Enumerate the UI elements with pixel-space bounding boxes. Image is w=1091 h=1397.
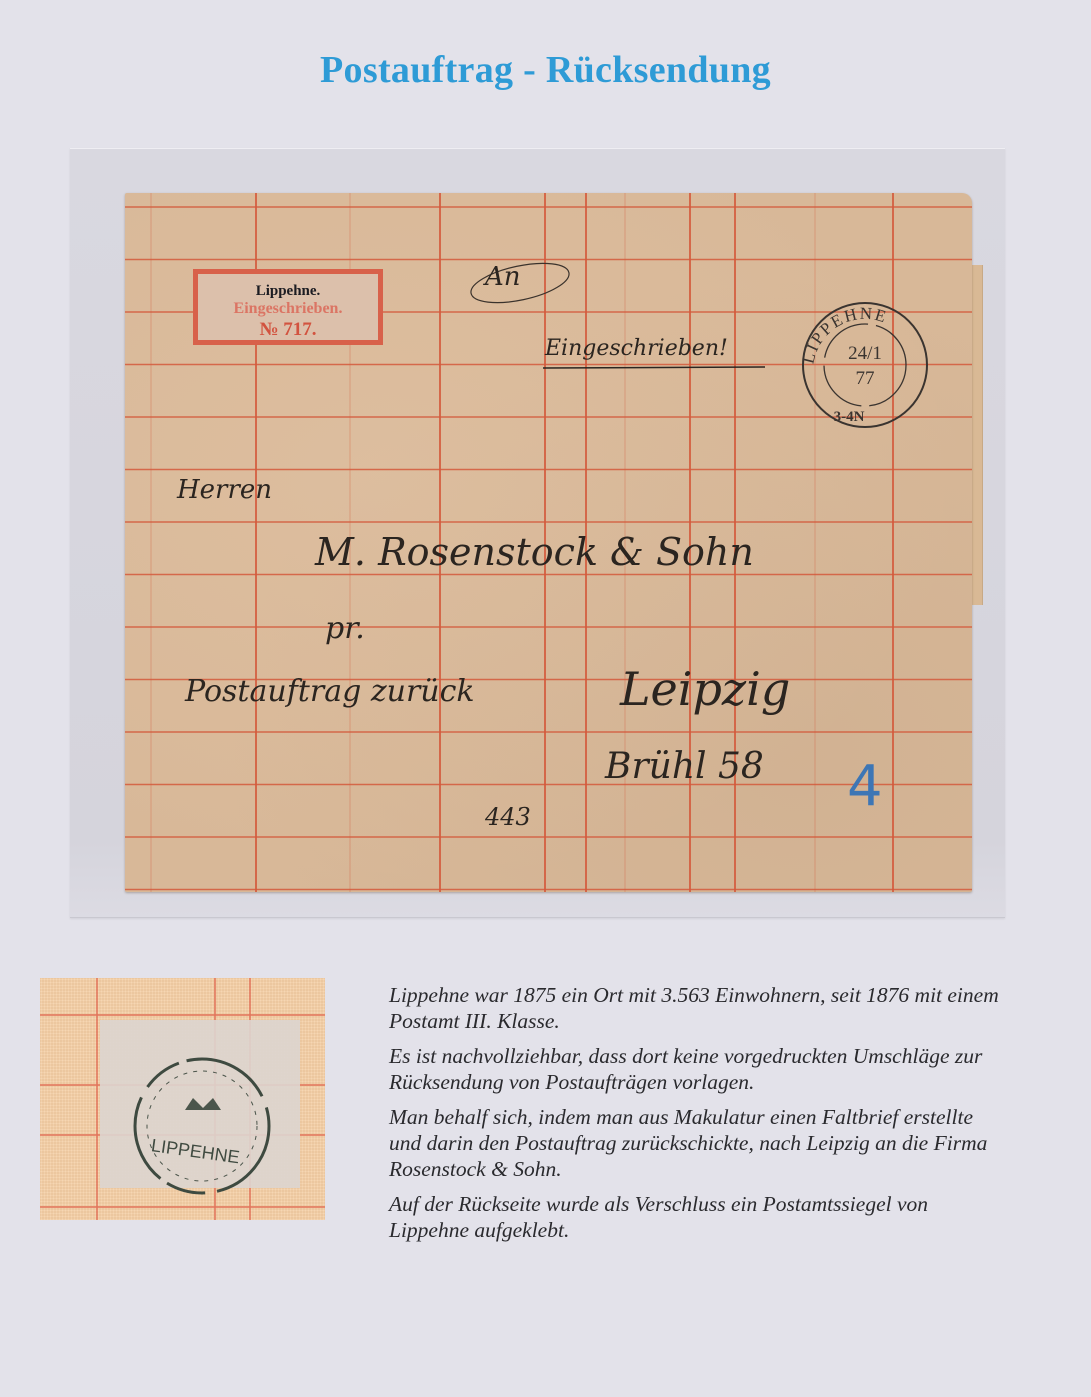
svg-text:443: 443	[484, 803, 531, 831]
svg-text:An: An	[483, 262, 521, 292]
svg-text:LIPPEHNE: LIPPEHNE	[150, 1135, 241, 1167]
description-paragraph: Auf der Rückseite wurde als Verschluss e…	[389, 1191, 1009, 1243]
folded-letter-cover: Lippehne. Eingeschrieben. № 717. LIPPEHN…	[125, 193, 972, 892]
svg-text:Leipzig: Leipzig	[619, 662, 790, 716]
svg-text:pr.: pr.	[325, 611, 365, 646]
postal-seal-icon: LIPPEHNE	[40, 978, 325, 1220]
page-title: Postauftrag - Rücksendung	[0, 48, 1091, 92]
handwritten-address: An Eingeschrieben! Herren M. Rosenstock …	[125, 193, 972, 892]
svg-text:4: 4	[847, 754, 883, 819]
svg-text:Herren: Herren	[176, 475, 272, 505]
svg-text:Brühl 58: Brühl 58	[604, 746, 764, 787]
svg-text:Eingeschrieben!: Eingeschrieben!	[544, 336, 728, 361]
svg-text:Postauftrag zurück: Postauftrag zurück	[184, 674, 475, 709]
seal-detail-image: LIPPEHNE	[40, 978, 325, 1220]
description-paragraph: Man behalf sich, indem man aus Makulatur…	[389, 1104, 1009, 1182]
description-paragraph: Es ist nachvollziehbar, dass dort keine …	[389, 1043, 1009, 1095]
svg-text:M. Rosenstock & Sohn: M. Rosenstock & Sohn	[314, 530, 754, 574]
description-text: Lippehne war 1875 ein Ort mit 3.563 Einw…	[389, 982, 1009, 1252]
description-paragraph: Lippehne war 1875 ein Ort mit 3.563 Einw…	[389, 982, 1009, 1034]
